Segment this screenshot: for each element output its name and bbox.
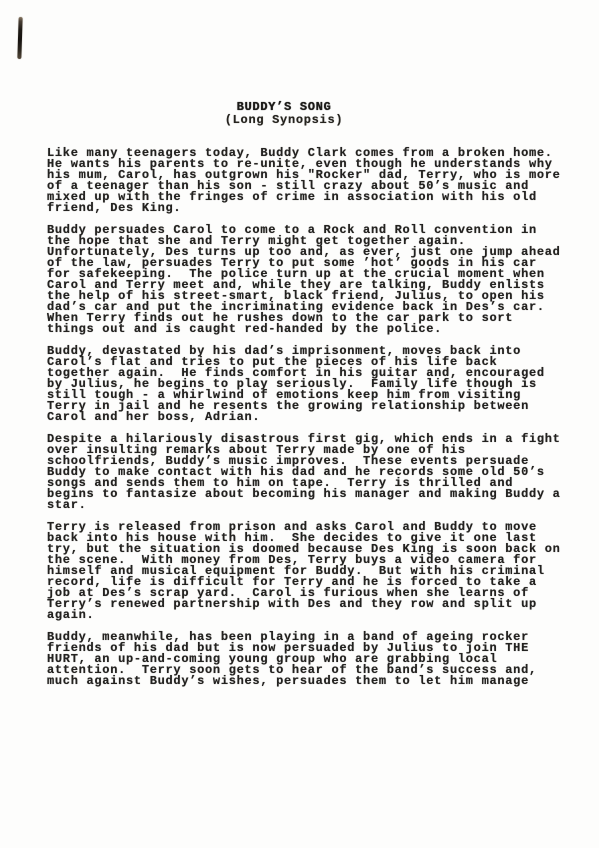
paragraph: Buddy persuades Carol to come to a Rock … (47, 225, 567, 335)
document-page: BUDDY’S SONG (Long Synopsis) Like many t… (0, 0, 599, 848)
paragraph: Like many teenagers today, Buddy Clark c… (47, 148, 567, 214)
document-subtitle: (Long Synopsis) (0, 114, 568, 127)
paragraph: Despite a hilariously disastrous first g… (47, 434, 567, 511)
synopsis-body: Like many teenagers today, Buddy Clark c… (47, 148, 567, 698)
document-title: BUDDY’S SONG (0, 101, 568, 114)
title-block: BUDDY’S SONG (Long Synopsis) (0, 101, 568, 126)
paragraph: Terry is released from prison and asks C… (47, 522, 567, 621)
paragraph: Buddy, meanwhile, has been playing in a … (47, 632, 567, 687)
paragraph: Buddy, devastated by his dad’s imprisonm… (47, 346, 567, 423)
pen-mark (17, 17, 22, 59)
